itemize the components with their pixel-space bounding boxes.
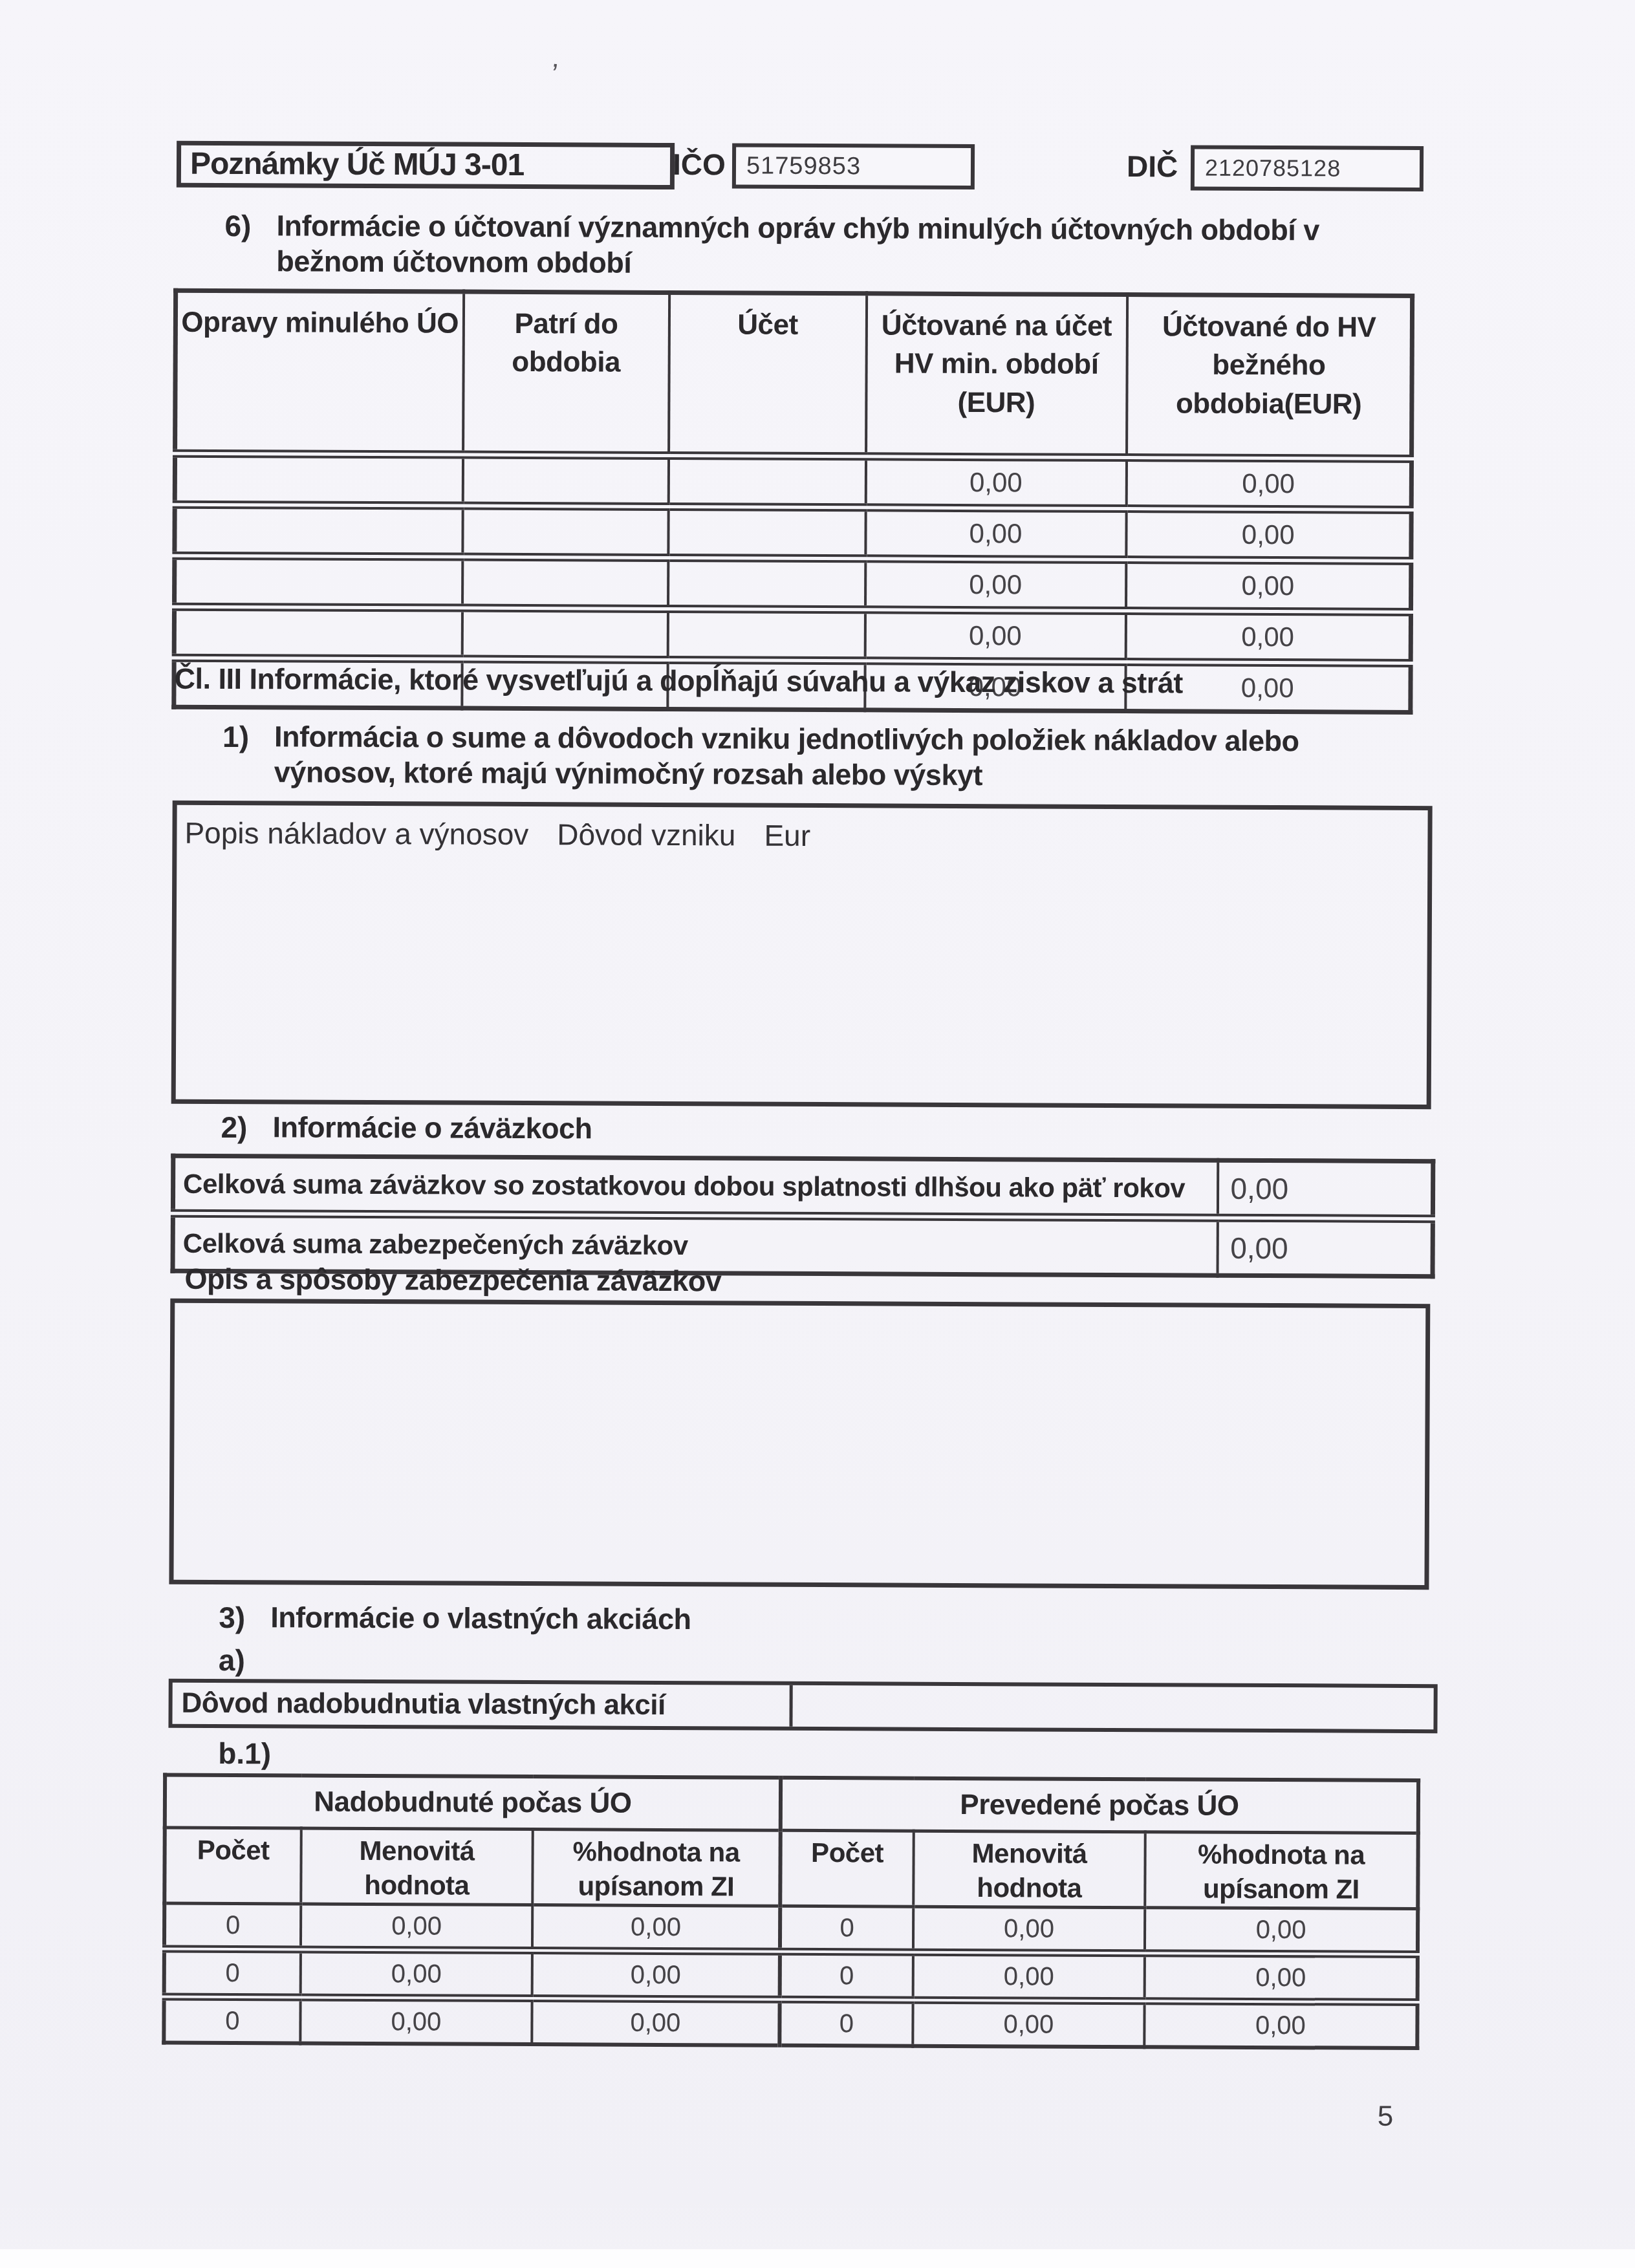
scanned-page: ’ Poznámky Úč MÚJ 3-01 IČO 51759853 DIČ …: [0, 0, 1635, 2268]
form-code-box: Poznámky Úč MÚJ 3-01: [177, 141, 675, 189]
ico-value-box: 51759853: [732, 143, 975, 189]
table-cell: [174, 607, 462, 659]
group-header: Prevedené počas ÚO: [781, 1778, 1418, 1833]
table-cell: 0,00: [865, 457, 1126, 509]
liability-label: Celková suma záväzkov so zostatkovou dob…: [173, 1156, 1217, 1218]
collateral-heading: Opis a spôsoby zabezpečenia záväzkov: [184, 1262, 1284, 1301]
col-header: Účet: [669, 292, 867, 456]
costs-revenues-box-labels: Popis nákladov a výnosovDôvod vznikuEur: [177, 805, 1427, 856]
section1-heading: 1) Informácia o sume a dôvodoch vzniku j…: [222, 719, 1400, 795]
table-row: 0,00 0,00: [174, 607, 1411, 663]
section1-title: Informácia o sume a dôvodoch vzniku jedn…: [274, 719, 1374, 795]
table-cell: 0,00: [1144, 2001, 1417, 2048]
table-row: 0 0,00 0,00 0 0,00 0,00: [164, 1903, 1418, 1954]
table-cell: 0: [164, 1997, 300, 2044]
section2-number: 2): [221, 1110, 272, 1145]
table-cell: 0,00: [913, 1952, 1145, 2002]
collateral-box: [169, 1299, 1430, 1590]
table-cell: [667, 609, 865, 660]
table-cell: [668, 506, 865, 558]
section3-heading: 3) Informácie o vlastných akciách: [219, 1600, 1253, 1640]
liabilities-table: Celková suma záväzkov so zostatkovou dob…: [171, 1154, 1436, 1279]
table-cell: 0,00: [1126, 560, 1411, 612]
table-cell: [462, 455, 668, 506]
table-cell: 0,00: [301, 1904, 532, 1950]
table-cell: [175, 453, 462, 506]
subsection-b1-label: b.1): [218, 1736, 271, 1771]
page-number: 5: [1378, 2101, 1394, 2133]
paper-sheet: ’ Poznámky Úč MÚJ 3-01 IČO 51759853 DIČ …: [0, 0, 1635, 2268]
table-cell: 0: [164, 1903, 301, 1949]
table-cell: 0,00: [1145, 1908, 1418, 1954]
col-header: Patrí do obdobia: [463, 292, 669, 455]
section2-heading: 2) Informácie o záväzkoch: [221, 1110, 1255, 1150]
table-row: 0 0,00 0,00 0 0,00 0,00: [164, 1949, 1418, 2002]
article3-heading: Čl. III Informácie, ktoré vysvetľujú a d…: [174, 662, 1403, 701]
table-cell: [668, 455, 865, 507]
dic-value-box: 2120785128: [1191, 146, 1424, 192]
table-cell: 0,00: [865, 559, 1126, 611]
table-cell: 0,00: [913, 1906, 1145, 1953]
box-label-popis: Popis nákladov a výnosov: [184, 816, 528, 851]
table-cell: 0: [780, 1906, 913, 1952]
col-header: Počet: [164, 1828, 301, 1904]
table-cell: 0,00: [913, 2000, 1144, 2047]
scan-stray-mark: ’: [548, 58, 559, 91]
dic-label: DIČ: [1127, 149, 1178, 184]
section3-title: Informácie o vlastných akciách: [270, 1600, 691, 1637]
section6-number: 6): [224, 208, 276, 243]
table-row: 0,00 0,00: [175, 556, 1411, 612]
col-header: %hodnota na upísanom ZI: [532, 1830, 781, 1906]
table-header-row: Opravy minulého ÚO Patrí do obdobia Účet…: [175, 290, 1413, 459]
box-label-dovod: Dôvod vzniku: [557, 817, 735, 852]
col-header: Menovitá hodnota: [913, 1831, 1145, 1908]
table-cell: [668, 557, 865, 609]
table-cell: 0,00: [865, 610, 1125, 662]
table-cell: [462, 557, 668, 609]
section1-number: 1): [222, 719, 274, 754]
table-cell: 0,00: [532, 1905, 780, 1952]
table-cell: [462, 608, 667, 660]
table-cell: 0,00: [1126, 509, 1411, 561]
costs-revenues-box: Popis nákladov a výnosovDôvod vznikuEur: [171, 801, 1433, 1109]
table-cell: 0: [164, 1949, 301, 1998]
table-row: 0,00 0,00: [175, 504, 1411, 561]
group-header: Nadobudnuté počas ÚO: [165, 1775, 781, 1831]
table-cell: 0: [780, 1952, 913, 2000]
col-header: Účtované na účet HV min. období (EUR): [866, 294, 1127, 458]
corrections-table: Opravy minulého ÚO Patrí do obdobia Účet…: [171, 288, 1414, 715]
ico-label: IČO: [673, 147, 726, 182]
table-cell: 0,00: [1145, 1953, 1418, 2002]
section2-title: Informácie o záväzkoch: [272, 1110, 592, 1147]
col-header: Menovitá hodnota: [301, 1828, 533, 1905]
table-cell: 0,00: [532, 1950, 780, 2000]
table-cell: 0: [779, 2000, 913, 2046]
table-cell: [175, 556, 462, 608]
table-row: 0 0,00 0,00 0 0,00 0,00: [164, 1997, 1417, 2048]
ico-value: 51759853: [736, 147, 971, 186]
col-header: %hodnota na upísanom ZI: [1145, 1832, 1418, 1909]
own-shares-reason-label: Dôvod nadobudnutia vlastných akcií: [172, 1683, 789, 1727]
table-cell: 0,00: [865, 508, 1126, 560]
table-cell: [462, 506, 668, 557]
subsection-a-label: a): [219, 1643, 245, 1678]
section6-heading: 6) Informácie o účtovaní významných oprá…: [224, 208, 1389, 285]
table-cell: [175, 504, 462, 557]
table-cell: 0,00: [1126, 458, 1411, 510]
table-row: Celková suma záväzkov so zostatkovou dob…: [173, 1156, 1433, 1218]
table-cell: 0,00: [300, 1998, 532, 2045]
column-header-row: Počet Menovitá hodnota %hodnota na upísa…: [164, 1828, 1418, 1908]
box-label-eur: Eur: [764, 819, 810, 852]
table-row: 0,00 0,00: [175, 453, 1411, 510]
table-cell: 0,00: [532, 1998, 779, 2046]
section6-title: Informácie o účtovaní významných opráv c…: [276, 208, 1363, 284]
own-shares-reason-box: Dôvod nadobudnutia vlastných akcií: [168, 1679, 1437, 1734]
section3-number: 3): [219, 1600, 270, 1635]
own-shares-table: Nadobudnuté počas ÚO Prevedené počas ÚO …: [162, 1773, 1420, 2050]
col-header: Počet: [780, 1830, 914, 1906]
table-cell: 0,00: [301, 1950, 532, 1999]
group-header-row: Nadobudnuté počas ÚO Prevedené počas ÚO: [165, 1775, 1418, 1833]
liability-value: 0,00: [1217, 1160, 1433, 1218]
dic-value: 2120785128: [1195, 149, 1420, 188]
table-cell: 0,00: [1125, 611, 1411, 664]
col-header: Opravy minulého ÚO: [175, 290, 464, 455]
col-header: Účtované do HV bežného obdobia(EUR): [1127, 295, 1413, 459]
scan-edge: [0, 2249, 1635, 2268]
own-shares-reason-value: [792, 1685, 1433, 1729]
